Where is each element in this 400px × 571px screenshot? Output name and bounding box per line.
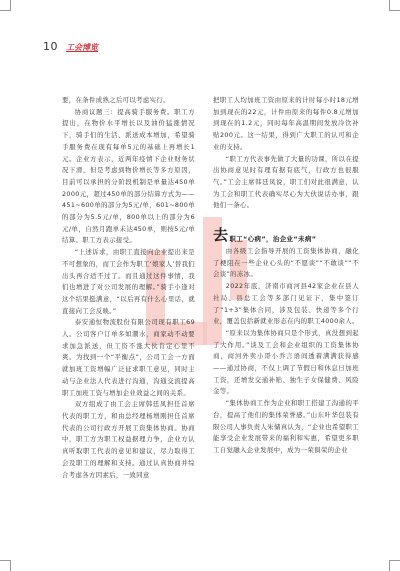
paragraph: 2022年底，济南市商河县42家企业在县人社局、县总工会等多部门见证下，集中签订… bbox=[213, 281, 359, 328]
paragraph: “集体协商工作为企业和职工搭建了沟通的平台，提高了他们的集体荣誉感。”山东叶华包… bbox=[213, 398, 359, 457]
subheading-lead-char: 去 bbox=[213, 228, 228, 243]
crop-mark-top-right bbox=[389, 0, 400, 11]
paragraph: 泰安通恒物流股份有限公司现有职工69人。公司客户订单多如潮水，商家动不动要求加急… bbox=[62, 317, 195, 399]
paragraph: “上述诉求，由职工直接向企业提出来是不可想象的，而工会作为职工‘娘家人’替我们出… bbox=[62, 247, 195, 317]
paragraph: 要，在条件成熟之后可以考虑实行。 bbox=[62, 95, 195, 107]
paragraph: “原来以为集体协商只是个形式，真没想到起了大作用。”谈及工会和企业组织的工资集体… bbox=[213, 328, 359, 398]
paragraph: 协商议题三：提高骑手服务费。职工方提出，在物价水平增长以及油价猛涨情况下，骑手们… bbox=[62, 107, 195, 247]
article-left-column: 要，在条件成熟之后可以考虑实行。 协商议题三：提高骑手服务费。职工方提出，在物价… bbox=[62, 95, 195, 481]
crop-mark-top-left bbox=[0, 0, 11, 11]
page-number: 10 bbox=[43, 40, 58, 53]
paragraph: 双方组成了由工会主席韩廷凤担任首席代表的职工方，和由总经理杨增刚担任首席代表的公… bbox=[62, 399, 195, 481]
crop-mark-bottom-right bbox=[389, 560, 400, 571]
page-header: 10 工会博览 bbox=[43, 40, 98, 53]
crop-mark-bottom-left bbox=[0, 560, 11, 571]
paragraph: 把职工人均加班工资由原来的计时每小时18元增加到现在的22元，计件由原来的每件0… bbox=[213, 95, 359, 154]
paragraph: “职工方代表事先做了大量的功课，所以在提出协商意见时有理有据有底气，行政方也很服… bbox=[213, 154, 359, 213]
magazine-logo: 工会博览 bbox=[66, 42, 98, 53]
section-subheading: 去 职工“心病”，治企业“未病” bbox=[213, 228, 359, 243]
paragraph: 由各级工会指导开展的工资集体协商，融化了梗阻在一些企业心头的“不愿谈”“不敢谈”… bbox=[213, 246, 359, 281]
subheading-text: 职工“心病”，治企业“未病” bbox=[229, 235, 316, 243]
article-right-column: 把职工人均加班工资由原来的计时每小时18元增加到现在的22元，计件由原来的每件0… bbox=[213, 95, 359, 457]
